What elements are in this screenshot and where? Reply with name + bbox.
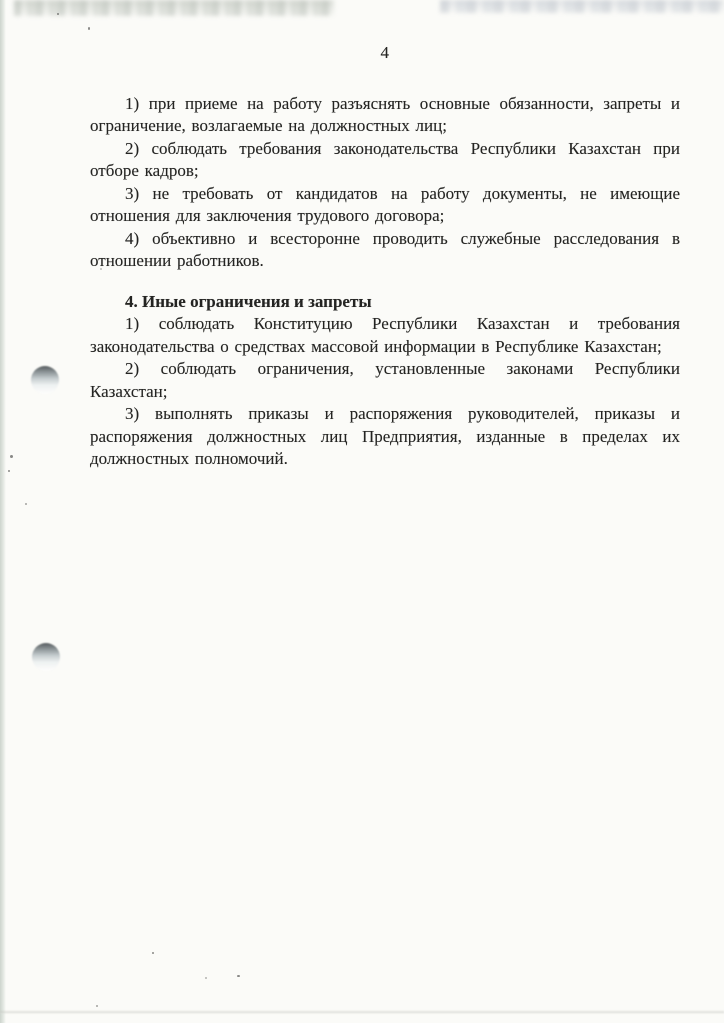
scanner-edge-strip [0, 0, 6, 1023]
scan-speckle [96, 1005, 98, 1007]
list-item-duty-3: 3) не требовать от кандидатов на работу … [90, 183, 680, 228]
scan-speckle [10, 455, 13, 458]
list-item-restriction-3: 3) выполнять приказы и распоряжения руко… [90, 403, 680, 471]
scan-speckle [152, 952, 154, 954]
document-text-block: 4 1) при приеме на работу разъяснять осн… [90, 0, 680, 471]
scan-speckle [237, 975, 240, 977]
punch-hole [32, 643, 60, 671]
punch-hole [31, 366, 59, 394]
scan-speckle [205, 977, 207, 979]
scan-bottom-edge [0, 1010, 724, 1014]
list-item-duty-2: 2) соблюдать требования законодательства… [90, 138, 680, 183]
list-item-duty-1: 1) при приеме на работу разъяснять основ… [90, 93, 680, 138]
list-item-duty-4: 4) объективно и всесторонне проводить сл… [90, 228, 680, 273]
scan-speckle [8, 470, 10, 472]
list-item-restriction-1: 1) соблюдать Конституцию Республики Каза… [90, 313, 680, 358]
scan-speckle [25, 503, 27, 505]
page-number: 4 [90, 42, 680, 65]
scan-speckle [57, 13, 59, 15]
list-item-restriction-2: 2) соблюдать ограничения, установленные … [90, 358, 680, 403]
scanned-document-page: 4 1) при приеме на работу разъяснять осн… [0, 0, 724, 1023]
section-heading: 4. Иные ограничения и запреты [90, 291, 680, 314]
